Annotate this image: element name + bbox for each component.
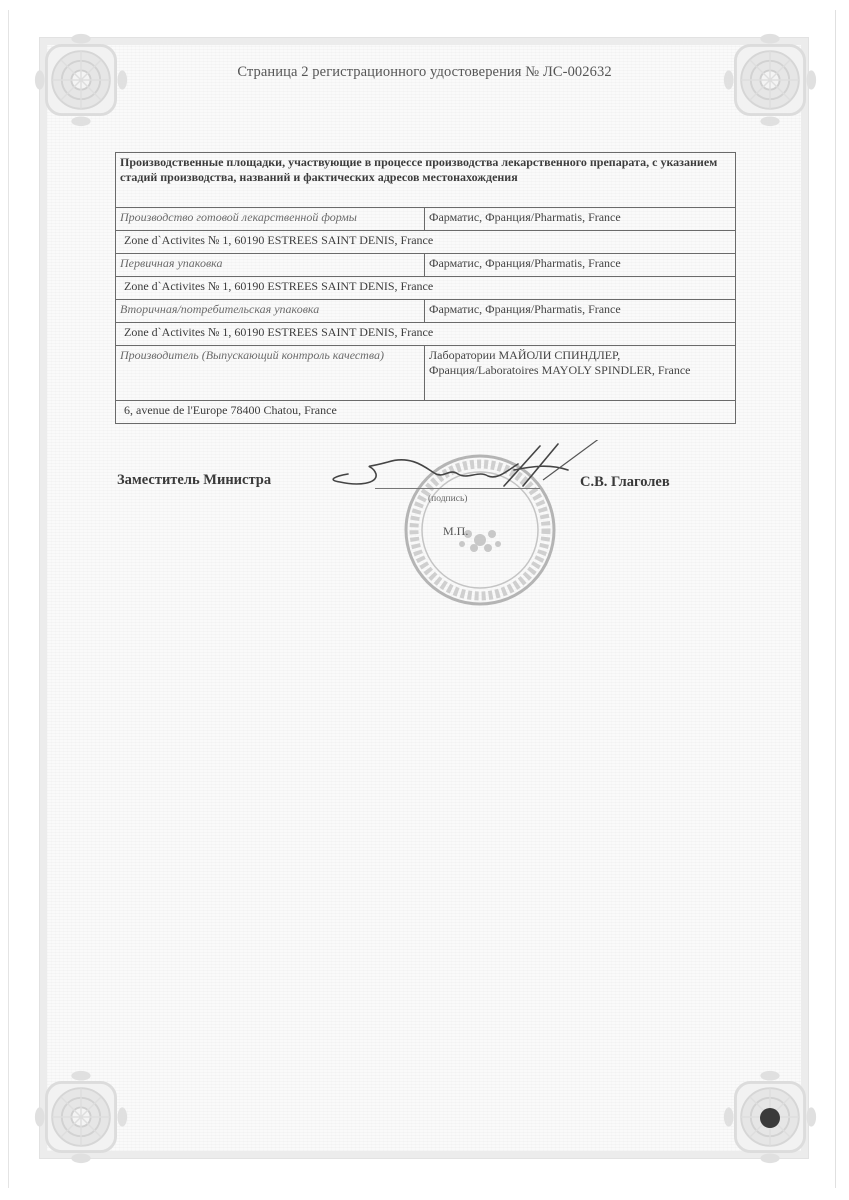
rosette-icon [33, 1067, 129, 1167]
company-cell: Лаборатории МАЙОЛИ СПИНДЛЕР, Франция/Lab… [425, 346, 736, 401]
stage-cell: Первичная упаковка [116, 254, 425, 277]
table-row-address: Zone d`Activites № 1, 60190 ESTREES SAIN… [116, 231, 736, 254]
table-row: Производитель (Выпускающий контроль каче… [116, 346, 736, 401]
company-cell: Фарматис, Франция/Pharmatis, France [425, 300, 736, 323]
address-cell: Zone d`Activites № 1, 60190 ESTREES SAIN… [116, 231, 736, 254]
table-row-address: Zone d`Activites № 1, 60190 ESTREES SAIN… [116, 277, 736, 300]
signature-line [375, 488, 540, 489]
page-title: Страница 2 регистрационного удостоверени… [0, 64, 849, 81]
stage-cell: Вторичная/потребительская упаковка [116, 300, 425, 323]
stage-cell: Производство готовой лекарственной формы [116, 208, 425, 231]
address-cell: Zone d`Activites № 1, 60190 ESTREES SAIN… [116, 323, 736, 346]
handwritten-signature-icon [318, 440, 608, 500]
position-label: Заместитель Министра [117, 472, 271, 489]
hole-punch-icon [760, 1108, 780, 1128]
table-row: Вторичная/потребительская упаковка Фарма… [116, 300, 736, 323]
company-cell: Фарматис, Франция/Pharmatis, France [425, 208, 736, 231]
stamp-label: М.П. [443, 524, 468, 539]
table-header: Производственные площадки, участвующие в… [116, 153, 736, 208]
signature-caption: (подпись) [428, 494, 467, 504]
table-row: Первичная упаковка Фарматис, Франция/Pha… [116, 254, 736, 277]
signer-name: С.В. Глаголев [580, 474, 670, 491]
address-cell: 6, avenue de l'Europe 78400 Chatou, Fran… [116, 401, 736, 424]
table-row: Производство готовой лекарственной формы… [116, 208, 736, 231]
address-cell: Zone d`Activites № 1, 60190 ESTREES SAIN… [116, 277, 736, 300]
table-header-row: Производственные площадки, участвующие в… [116, 153, 736, 208]
table-row-address: 6, avenue de l'Europe 78400 Chatou, Fran… [116, 401, 736, 424]
company-cell: Фарматис, Франция/Pharmatis, France [425, 254, 736, 277]
stage-cell: Производитель (Выпускающий контроль каче… [116, 346, 425, 401]
table-row-address: Zone d`Activites № 1, 60190 ESTREES SAIN… [116, 323, 736, 346]
production-sites-table: Производственные площадки, участвующие в… [115, 152, 736, 424]
